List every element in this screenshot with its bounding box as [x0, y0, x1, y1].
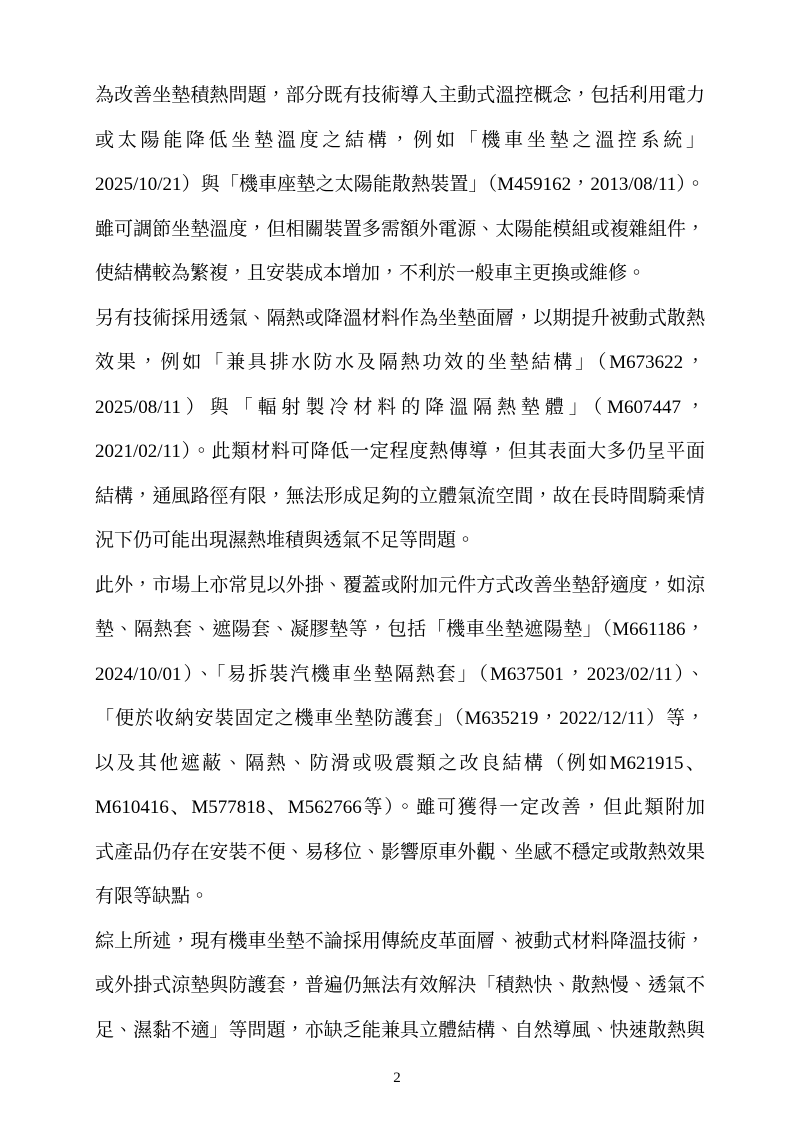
text-line: 2025/08/11）與「輻射製冷材料的降溫隔熱墊體」（M607447， — [95, 386, 705, 431]
document-page: 為改善坐墊積熱問題，部分既有技術導入主動式溫控概念，包括利用電力或太陽能降低坐墊… — [0, 0, 794, 1123]
text-line: 2025/10/21）與「機車座墊之太陽能散熱裝置」（M459162，2013/… — [95, 163, 705, 208]
paragraph: 為改善坐墊積熱問題，部分既有技術導入主動式溫控概念，包括利用電力或太陽能降低坐墊… — [95, 74, 705, 297]
text-line: 為改善坐墊積熱問題，部分既有技術導入主動式溫控概念，包括利用電力 — [95, 74, 705, 119]
document-body: 為改善坐墊積熱問題，部分既有技術導入主動式溫控概念，包括利用電力或太陽能降低坐墊… — [95, 74, 705, 1053]
text-line: 綜上所述，現有機車坐墊不論採用傳統皮革面層、被動式材料降溫技術， — [95, 920, 705, 965]
paragraph: 此外，市場上亦常見以外掛、覆蓋或附加元件方式改善坐墊舒適度，如涼墊、隔熱套、遮陽… — [95, 564, 705, 920]
paragraph: 綜上所述，現有機車坐墊不論採用傳統皮革面層、被動式材料降溫技術，或外掛式涼墊與防… — [95, 920, 705, 1054]
text-line: 2024/10/01）、「易拆裝汽機車坐墊隔熱套」（M637501，2023/0… — [95, 653, 705, 698]
text-line: 況下仍可能出現濕熱堆積與透氣不足等問題。 — [95, 519, 705, 564]
text-line: 足、濕黏不適」等問題，亦缺乏能兼具立體結構、自然導風、快速散熱與 — [95, 1009, 705, 1054]
text-line: 另有技術採用透氣、隔熱或降溫材料作為坐墊面層，以期提升被動式散熱 — [95, 297, 705, 342]
text-line: 有限等缺點。 — [95, 875, 705, 920]
text-line: 以及其他遮蔽、隔熱、防滑或吸震類之改良結構（例如M621915、 — [95, 742, 705, 787]
text-line: M610416、M577818、M562766等）。雖可獲得一定改善，但此類附加 — [95, 786, 705, 831]
text-line: 墊、隔熱套、遮陽套、凝膠墊等，包括「機車坐墊遮陽墊」（M661186， — [95, 608, 705, 653]
page-number: 2 — [393, 1070, 401, 1086]
text-line: 或太陽能降低坐墊溫度之結構，例如「機車坐墊之溫控系統」（M676123， — [95, 119, 705, 164]
text-line: 雖可調節坐墊溫度，但相關裝置多需額外電源、太陽能模組或複雜組件， — [95, 208, 705, 253]
text-line: 式產品仍存在安裝不便、易移位、影響原車外觀、坐感不穩定或散熱效果 — [95, 831, 705, 876]
paragraph: 另有技術採用透氣、隔熱或降溫材料作為坐墊面層，以期提升被動式散熱效果，例如「兼具… — [95, 297, 705, 564]
text-line: 「便於收納安裝固定之機車坐墊防護套」（M635219，2022/12/11）等， — [95, 697, 705, 742]
text-line: 效果，例如「兼具排水防水及隔熱功效的坐墊結構」（M673622， — [95, 341, 705, 386]
text-line: 2021/02/11）。此類材料可降低一定程度熱傳導，但其表面大多仍呈平面 — [95, 430, 705, 475]
text-line: 此外，市場上亦常見以外掛、覆蓋或附加元件方式改善坐墊舒適度，如涼 — [95, 564, 705, 609]
text-line: 結構，通風路徑有限，無法形成足夠的立體氣流空間，故在長時間騎乘情 — [95, 475, 705, 520]
page-footer: 2 — [0, 1068, 794, 1088]
text-line: 使結構較為繁複，且安裝成本增加，不利於一般車主更換或維修。 — [95, 252, 705, 297]
text-line: 或外掛式涼墊與防護套，普遍仍無法有效解決「積熱快、散熱慢、透氣不 — [95, 964, 705, 1009]
